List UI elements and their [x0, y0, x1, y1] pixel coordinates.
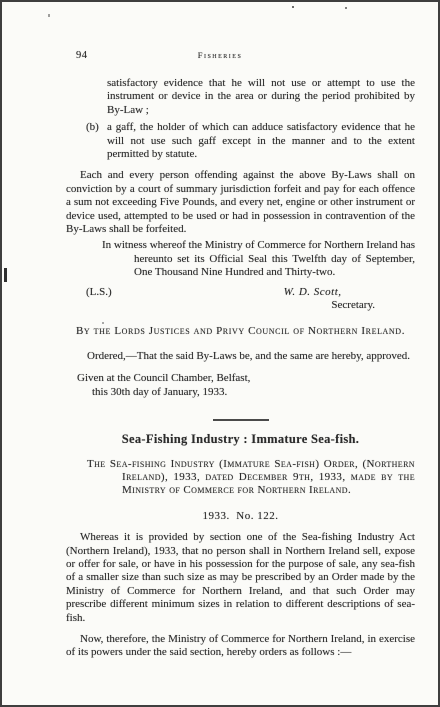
page-header: 94 Fisheries	[2, 2, 438, 64]
order-title-paragraph: The Sea-fishing Industry (Immature Sea-f…	[66, 458, 415, 498]
bylaw-item-a-continuation: satisfactory evidence that he will not u…	[107, 77, 415, 117]
given-place-line: Given at the Council Chamber, Belfast,	[66, 372, 415, 385]
enacting-clause: Now, therefore, the Ministry of Commerce…	[66, 633, 415, 660]
given-date-line: this 30th day of January, 1933.	[66, 386, 415, 399]
order-heading: Sea-Fishing Industry : Immature Sea-fish…	[66, 433, 415, 446]
council-heading: By the Lords Justices and Privy Council …	[75, 325, 407, 338]
page-body: satisfactory evidence that he will not u…	[66, 77, 415, 660]
section-divider	[213, 419, 269, 421]
witness-clause: In witness whereof the Ministry of Comme…	[66, 239, 415, 279]
item-b-text: a gaff, the holder of which can adduce s…	[107, 121, 415, 161]
order-number-line: 1933. No. 122.	[66, 510, 415, 523]
scan-artifact	[4, 268, 7, 282]
signature-name: W. D. Scott,	[284, 286, 342, 299]
document-page: 94 Fisheries satisfactory evidence that …	[0, 0, 440, 707]
running-head: Fisheries	[2, 50, 438, 60]
ordered-clause: Ordered,—That the said By-Laws be, and t…	[66, 350, 415, 363]
signature-row: (L.S.) W. D. Scott,	[66, 286, 415, 299]
scan-artifact	[102, 322, 104, 324]
seal-mark: (L.S.)	[86, 286, 112, 299]
signature-title: Secretary.	[66, 299, 415, 312]
bylaw-item-b: (b) a gaff, the holder of which can addu…	[66, 121, 415, 161]
penalty-paragraph: Each and every person offending against …	[66, 169, 415, 236]
whereas-clause: Whereas it is provided by section one of…	[66, 531, 415, 625]
item-b-marker: (b)	[86, 121, 99, 134]
page-number: 94	[76, 50, 88, 61]
